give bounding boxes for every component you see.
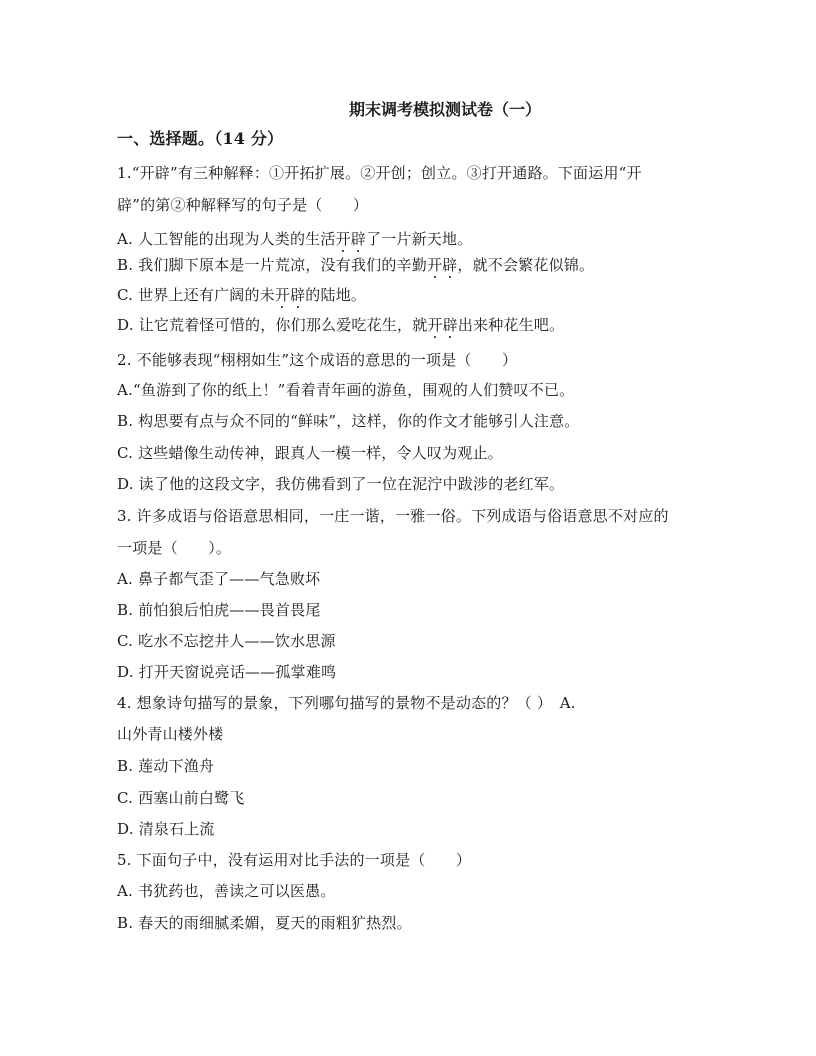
emphasis-char: 辟 <box>443 316 458 334</box>
option-c: C. 吃水不忘挖井人——饮水思源 <box>117 631 336 651</box>
question-stem: 5. 下面句子中，没有运用对比手法的一项是（ ） <box>117 850 471 870</box>
option-b: B. 前怕狼后怕虎——畏首畏尾 <box>117 600 321 620</box>
option-text: 的陆地。 <box>305 286 366 304</box>
option-a: A.“鱼游到了你的纸上！”看着青年画的游鱼，围观的人们赞叹不已。 <box>117 380 574 400</box>
emphasis-char: 开 <box>275 286 290 304</box>
question-stem: 4. 想象诗句描写的景象，下列哪句描写的景物不是动态的？（ ） A. <box>117 693 576 713</box>
option-text: C. 世界上还有广阔的未 <box>117 286 275 304</box>
exam-page: 期末调考模拟测试卷（一） 一、选择题。（14 分） 1.“开辟”有三种解释：①开… <box>0 0 816 1056</box>
question-stem: 辟”的第②种解释写的句子是（ ） <box>117 195 368 215</box>
option-text: 了一片新天地。 <box>366 230 472 248</box>
option-text: 出来种花生吧。 <box>458 316 564 334</box>
option-d: D. 让它荒着怪可惜的，你们那么爱吃花生，就开辟出来种花生吧。 <box>117 315 564 335</box>
question-stem: 一项是（ ）。 <box>117 538 231 558</box>
page-title: 期末调考模拟测试卷（一） <box>0 100 816 120</box>
question-stem: 3. 许多成语与俗语意思相同，一庄一谐，一雅一俗。下列成语与俗语意思不对应的 <box>117 506 669 526</box>
option-d: D. 读了他的这段文字，我仿佛看到了一位在泥泞中跋涉的老红军。 <box>117 474 564 494</box>
option-b: B. 莲动下渔舟 <box>117 756 214 776</box>
option-c: C. 世界上还有广阔的未开辟的陆地。 <box>117 285 366 305</box>
question-stem: 2. 不能够表现“栩栩如生”这个成语的意思的一项是（ ） <box>117 350 517 370</box>
option-text: B. 我们脚下原本是一片荒凉，没有我们的辛勤 <box>117 256 427 274</box>
option-text: ，就不会繁花似锦。 <box>457 256 594 274</box>
emphasis-char: 辟 <box>442 256 457 274</box>
section-heading: 一、选择题。（14 分） <box>117 129 283 149</box>
option-a: A. 鼻子都气歪了——气急败坏 <box>117 569 320 589</box>
emphasis-char: 辟 <box>351 230 366 248</box>
option-b: B. 我们脚下原本是一片荒凉，没有我们的辛勤开辟，就不会繁花似锦。 <box>117 255 594 275</box>
emphasis-char: 开 <box>427 256 442 274</box>
option-b: B. 构思要有点与众不同的“鲜味”，这样，你的作文才能够引人注意。 <box>117 411 580 431</box>
option-a: A. 书犹药也，善读之可以医愚。 <box>117 881 336 901</box>
option-a: A. 人工智能的出现为人类的生活开辟了一片新天地。 <box>117 229 472 249</box>
option-text: A. 人工智能的出现为人类的生活 <box>117 230 336 248</box>
emphasis-char: 辟 <box>290 286 305 304</box>
question-stem: 1.“开辟”有三种解释：①开拓扩展。②开创；创立。③打开通路。下面运用“开 <box>117 163 642 183</box>
emphasis-char: 开 <box>427 316 442 334</box>
option-c: C. 西塞山前白鹭飞 <box>117 788 244 808</box>
option-d: D. 打开天窗说亮话——孤掌难鸣 <box>117 662 336 682</box>
option-b: B. 春天的雨细腻柔媚，夏天的雨粗犷热烈。 <box>117 913 412 933</box>
option-d: D. 清泉石上流 <box>117 819 215 839</box>
option-a: 山外青山楼外楼 <box>117 724 223 744</box>
emphasis-char: 开 <box>336 230 351 248</box>
option-text: D. 让它荒着怪可惜的，你们那么爱吃花生，就 <box>117 316 427 334</box>
option-c: C. 这些蜡像生动传神，跟真人一模一样，令人叹为观止。 <box>117 443 503 463</box>
